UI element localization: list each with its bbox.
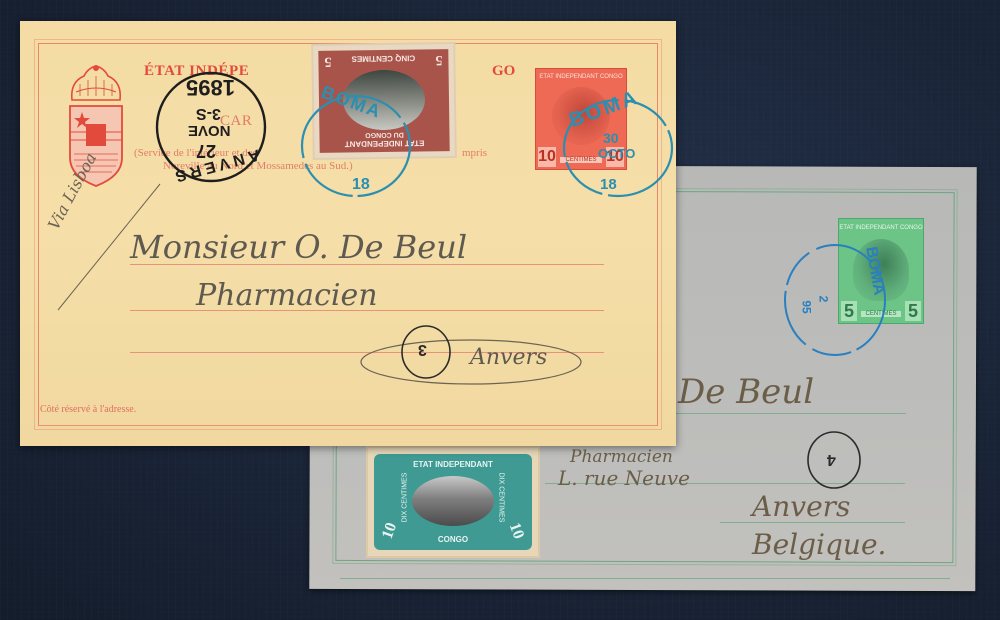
boma-postmark-back <box>780 240 900 360</box>
stamp-top-label: CINQ CENTIMES <box>318 53 448 64</box>
landscape-vignette-icon <box>412 476 494 526</box>
boma-back-day: 2 <box>816 296 830 303</box>
front-addressee-title: Pharmacien <box>196 278 378 313</box>
front-circle-number: 3 <box>418 340 427 358</box>
back-addressee-title: Pharmacien <box>570 447 673 467</box>
stamp-top-label: ETAT INDEPENDANT <box>374 460 532 469</box>
front-addressee-name: Monsieur O. De Beul <box>130 228 467 266</box>
photo-scene: VERSELLE T DU CONGO RÉPONSE PAYÉE rophes… <box>0 0 1000 620</box>
stamp-side-label: DIX CENTIMES <box>498 473 505 523</box>
back-country: Belgique. <box>752 528 886 561</box>
stamp-side-label: DIX CENTIMES <box>401 473 408 523</box>
indicia-value-right: 5 <box>905 301 921 321</box>
back-frame-bottom <box>340 578 950 579</box>
boma-back-year: 95 <box>800 300 814 313</box>
front-frame-bottom <box>38 425 656 426</box>
front-card-header-end: GO <box>492 63 515 80</box>
back-circle-number: 4 <box>827 450 836 468</box>
back-circle-mark <box>806 430 866 490</box>
green-10c-stamp: ETAT INDEPENDANT DIX CENTIMES DIX CENTIM… <box>368 448 538 556</box>
stamp-frame: ETAT INDEPENDANT DIX CENTIMES DIX CENTIM… <box>374 454 532 550</box>
front-city-flourish <box>356 326 586 396</box>
back-address-line <box>676 413 906 414</box>
front-instructions-1-end: mpris <box>462 147 487 159</box>
boma-2-year: 18 <box>600 176 617 193</box>
front-circle-mark <box>398 324 458 384</box>
back-street-address: L. rue Neuve <box>558 466 690 490</box>
front-address-label: Côté réservé à l'adresse. <box>40 404 136 415</box>
indicia-top-text: ETAT INDEPENDANT CONGO <box>536 74 626 80</box>
indicia-value-left: 10 <box>538 147 556 167</box>
back-city: Anvers <box>752 490 850 523</box>
boma-1-year: 18 <box>352 176 370 194</box>
boma-2-month: OCTO <box>598 146 635 161</box>
stamp-value-right: 5 <box>435 51 442 67</box>
back-addressee-name: De Beul <box>678 372 814 412</box>
indicia-top-text: ETAT INDEPENDANT CONGO <box>839 225 923 231</box>
anvers-year: 1895 <box>186 74 235 100</box>
anvers-month: NOVE <box>188 122 231 139</box>
boma-2-day: 30 <box>603 130 619 146</box>
anvers-time: 3-S <box>196 104 221 122</box>
